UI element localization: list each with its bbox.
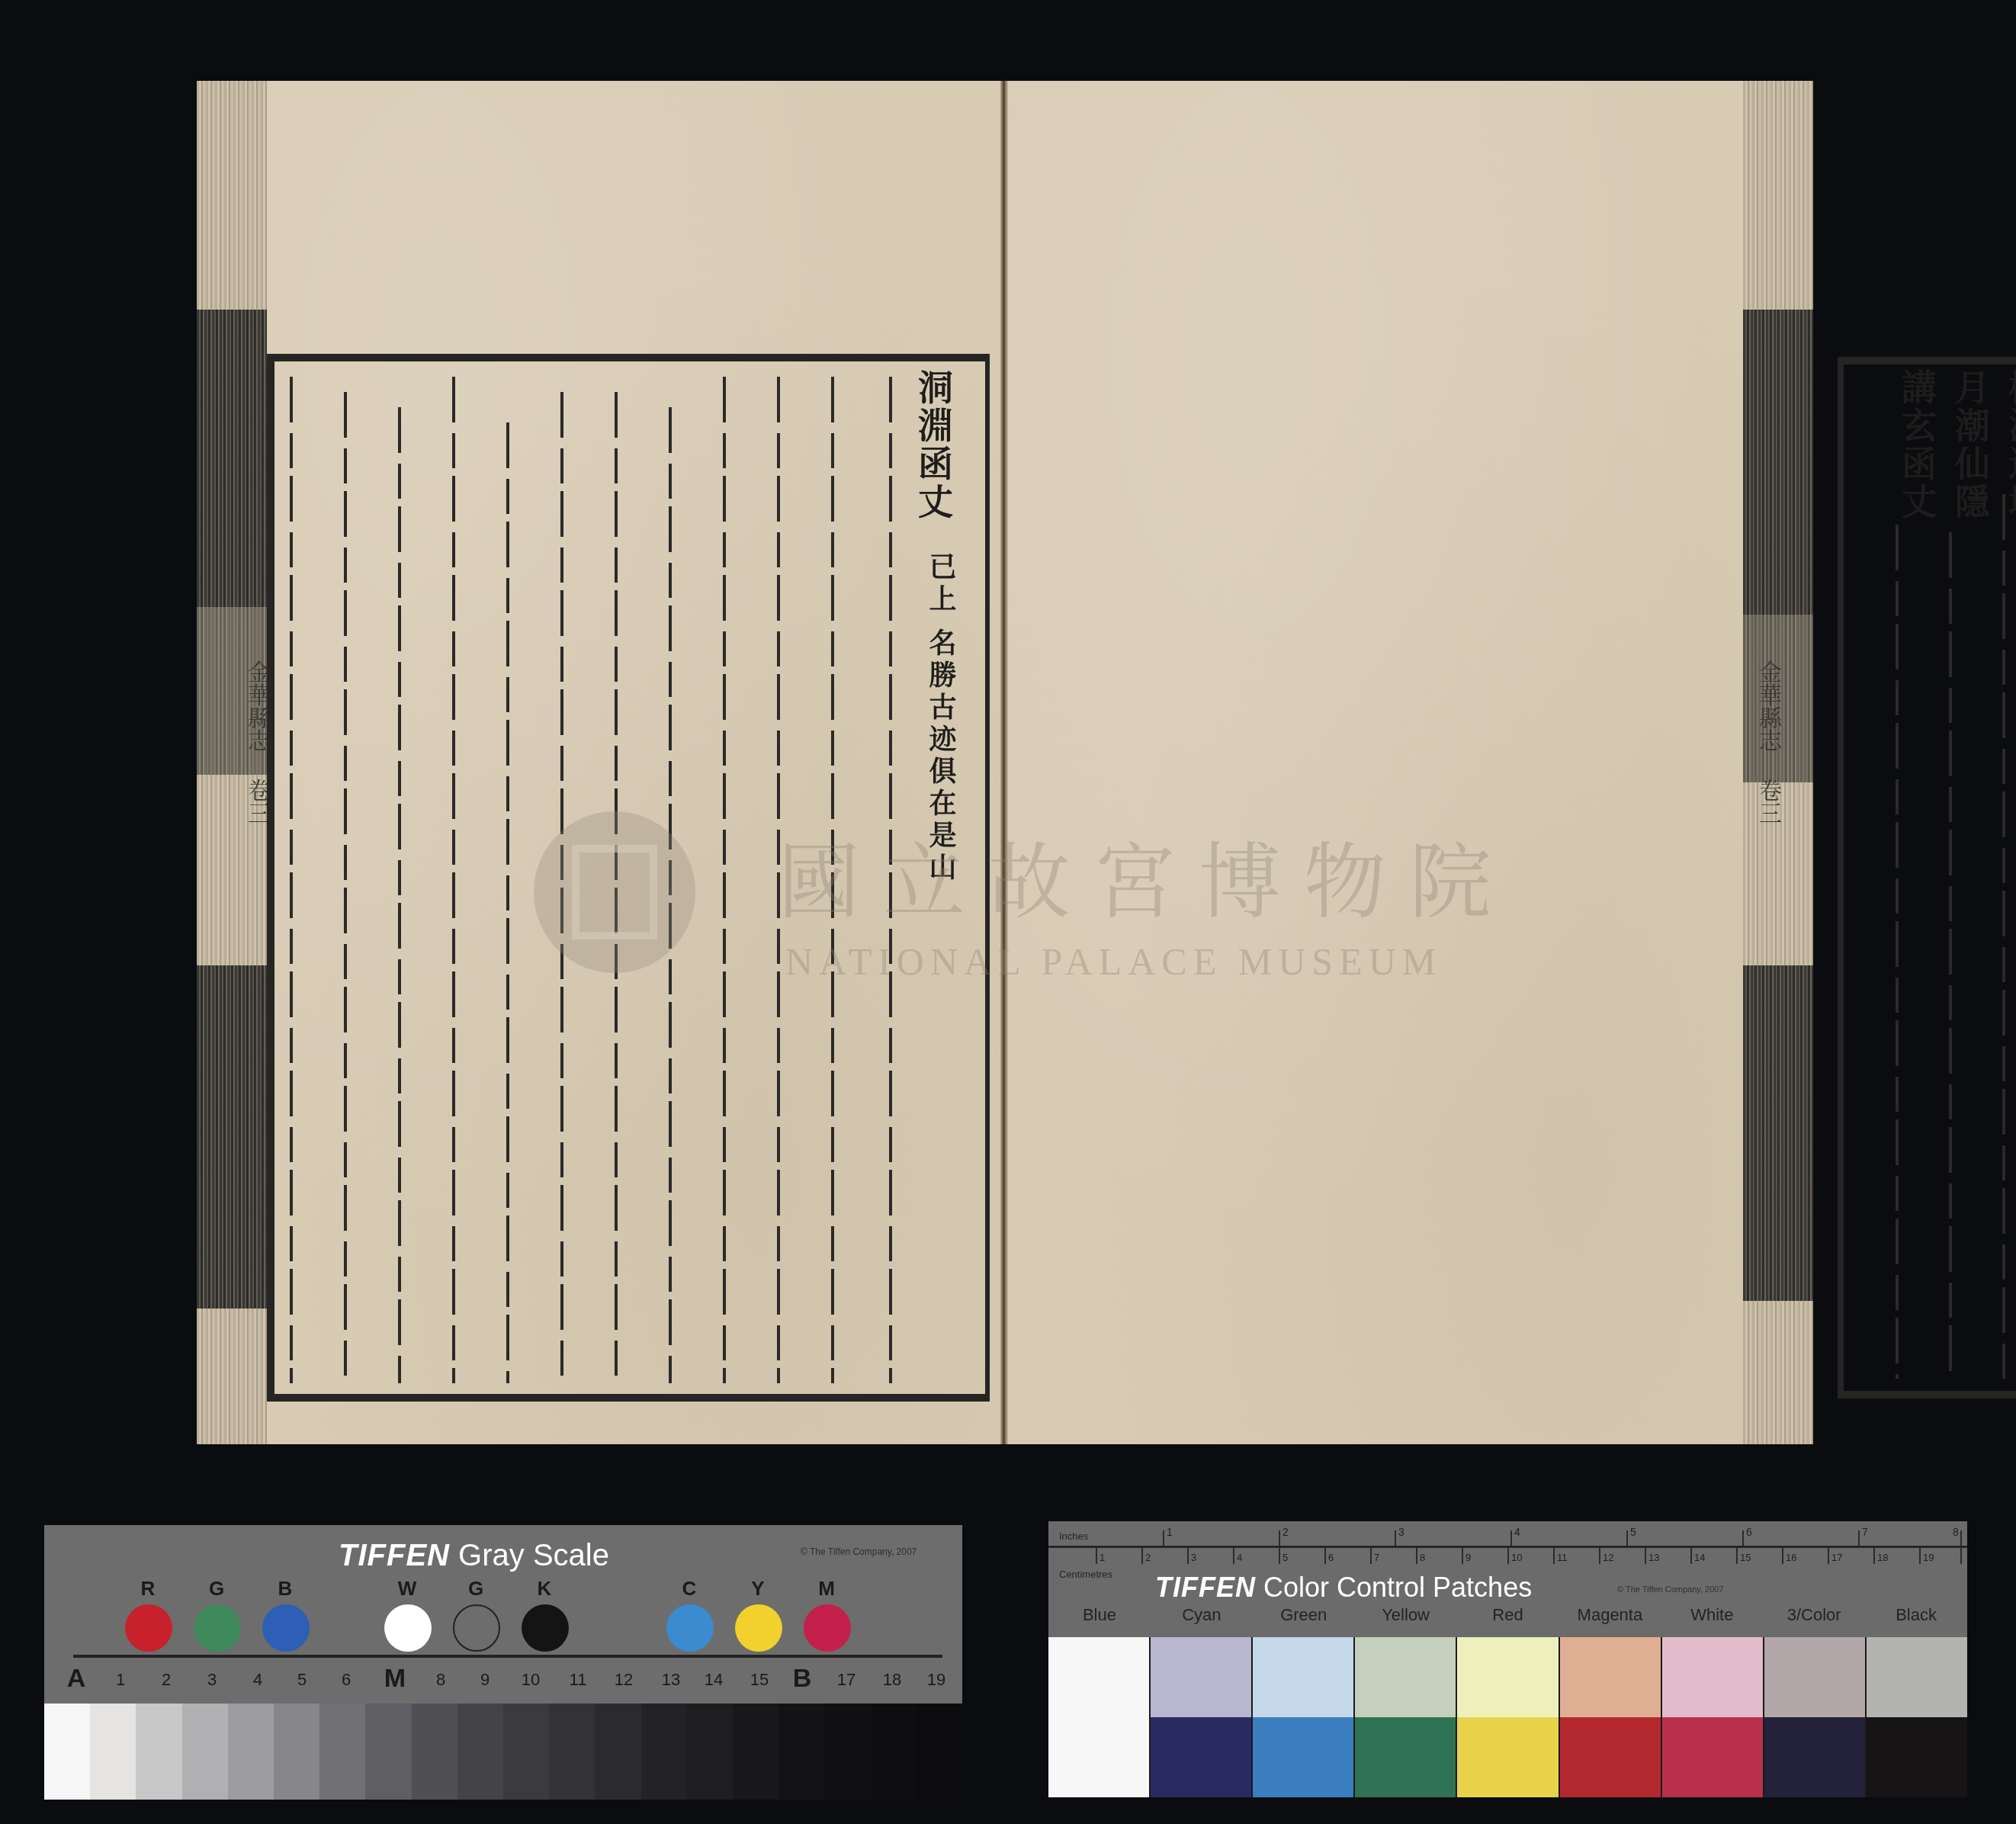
patch-cyan-dark	[1253, 1717, 1353, 1797]
gray-card-copyright: © The Tiffen Company, 2007	[801, 1546, 917, 1557]
gray-step-swatch	[44, 1704, 90, 1800]
book-gutter	[1000, 81, 1008, 1444]
dot-label-b: B	[262, 1577, 308, 1601]
gray-step-swatch	[365, 1704, 411, 1800]
patch-white	[1048, 1637, 1149, 1797]
cm-mark: 1	[1099, 1552, 1105, 1563]
gray-step-swatch	[136, 1704, 181, 1800]
gray-card-title: TIFFEN Gray Scale	[339, 1539, 609, 1573]
cm-mark: 2	[1145, 1552, 1151, 1563]
step-label: 14	[698, 1670, 729, 1690]
gray-step-swatch	[595, 1704, 640, 1800]
patch-3color-dark	[1764, 1717, 1865, 1797]
cm-mark: 3	[1191, 1552, 1196, 1563]
color-patch-grid	[1048, 1637, 1967, 1797]
step-label: 2	[151, 1670, 181, 1690]
step-label: 18	[877, 1670, 907, 1690]
column-rule	[290, 377, 293, 1383]
entry-column: 桃源道域	[2002, 369, 2016, 522]
column-rule	[452, 377, 455, 1383]
right-page-frame: 紫霞觀 冲虛菴 洞雲菴 白雲菴 接待菴 月菴 雲山書院 純齋道院 洞陽精舍 洞雲…	[1838, 357, 2016, 1399]
patch-label-cyan: Cyan	[1151, 1605, 1253, 1636]
centimetres-label: Centimetres	[1059, 1569, 1112, 1580]
color-card-title: TIFFEN Color Control Patches	[1155, 1572, 1532, 1604]
cm-mark: 9	[1465, 1552, 1471, 1563]
gray-step-strip	[44, 1704, 962, 1800]
patch-label-yellow: Yellow	[1355, 1605, 1457, 1636]
gray-step-swatch	[733, 1704, 778, 1800]
magenta-dot	[804, 1604, 851, 1652]
patch-yellow-light	[1457, 1637, 1558, 1717]
entry-column: 月潮仙隱	[1949, 369, 1992, 522]
step-label: 17	[831, 1670, 862, 1690]
gray-step-swatch	[778, 1704, 824, 1800]
gray-step-swatch	[182, 1704, 228, 1800]
inch-mark: 4	[1514, 1526, 1520, 1538]
step-label: 4	[242, 1670, 273, 1690]
patch-label-3color: 3/Color	[1763, 1605, 1865, 1636]
dot-label-c: C	[666, 1577, 712, 1601]
column-rule	[506, 422, 509, 1383]
patch-label-blue: Blue	[1048, 1605, 1151, 1636]
edge-ink-block	[197, 965, 267, 1309]
right-page-stack-edge: 金華縣志 卷三	[1743, 81, 1813, 1444]
gray-step-swatch	[549, 1704, 595, 1800]
measurement-ruler: Inches 1 2 3 4 5 6 7 8 1 2 3 4 5 6 7 8 9…	[1048, 1521, 1967, 1575]
gray-dot	[453, 1604, 500, 1652]
cm-mark: 8	[1420, 1552, 1425, 1563]
gray-card-divider	[73, 1655, 942, 1658]
patch-yellow-dark	[1457, 1717, 1558, 1797]
cm-mark: 17	[1831, 1552, 1842, 1563]
gray-step-swatch	[641, 1704, 687, 1800]
gray-step-swatch	[457, 1704, 503, 1800]
column-rule	[1949, 532, 1952, 1379]
patch-label-black: Black	[1865, 1605, 1967, 1636]
left-page: 金華縣志 卷三 洞淵函丈 已上 名勝古迹俱在是山	[197, 81, 1005, 1444]
patch-label-magenta: Magenta	[1559, 1605, 1661, 1636]
inch-mark: 5	[1630, 1526, 1636, 1538]
yellow-dot	[735, 1604, 782, 1652]
cm-mark: 18	[1877, 1552, 1888, 1563]
patch-cyan-light	[1253, 1637, 1353, 1717]
dot-label-g: G	[194, 1577, 239, 1601]
gray-step-swatch	[412, 1704, 457, 1800]
gray-step-swatch	[319, 1704, 365, 1800]
patch-blue-light	[1151, 1637, 1251, 1717]
dot-label-w: W	[384, 1577, 430, 1601]
step-label: 15	[744, 1670, 775, 1690]
gray-step-swatch	[503, 1704, 549, 1800]
column-rule	[723, 377, 726, 1383]
step-label: B	[787, 1664, 817, 1694]
watermark-english: NATIONAL PALACE MUSEUM	[785, 939, 1442, 984]
gray-step-swatch	[917, 1704, 962, 1800]
column-rule	[398, 407, 401, 1383]
patch-3color-light	[1764, 1637, 1865, 1717]
patch-label-row: Blue Cyan Green Yellow Red Magenta White…	[1048, 1605, 1967, 1636]
column-rule	[1896, 525, 1899, 1379]
left-page-stack-edge: 金華縣志 卷三	[197, 81, 267, 1444]
tiffen-color-control-card: Inches 1 2 3 4 5 6 7 8 1 2 3 4 5 6 7 8 9…	[1048, 1521, 1967, 1797]
step-label: 19	[921, 1670, 952, 1690]
step-label: 8	[425, 1670, 456, 1690]
inch-mark: 3	[1398, 1526, 1404, 1538]
cm-mark: 4	[1237, 1552, 1242, 1563]
step-label: 6	[331, 1670, 361, 1690]
step-label: 13	[656, 1670, 686, 1690]
gray-step-swatch	[824, 1704, 870, 1800]
cyan-dot	[666, 1604, 714, 1652]
cm-mark: 19	[1923, 1552, 1934, 1563]
watermark-chinese: 國立故宮博物院	[778, 816, 1514, 934]
inch-mark: 1	[1167, 1526, 1173, 1538]
gray-step-swatch	[90, 1704, 136, 1800]
white-dot	[384, 1604, 432, 1652]
patch-green-light	[1355, 1637, 1456, 1717]
cm-mark: 6	[1328, 1552, 1334, 1563]
patch-red-light	[1560, 1637, 1661, 1717]
cm-mark: 11	[1557, 1552, 1568, 1563]
title-note: 已上	[920, 552, 962, 616]
inch-mark: 7	[1862, 1526, 1868, 1538]
cm-mark: 5	[1282, 1552, 1288, 1563]
patch-magenta-light	[1662, 1637, 1763, 1717]
dot-label-m: M	[804, 1577, 849, 1601]
cm-mark: 10	[1511, 1552, 1522, 1563]
gray-card-heading: Gray Scale	[458, 1539, 609, 1572]
inch-scale	[1048, 1529, 1967, 1548]
cm-mark: 13	[1648, 1552, 1659, 1563]
patch-blue-dark	[1151, 1717, 1251, 1797]
dot-label-k: K	[522, 1577, 567, 1601]
dot-label-y: Y	[735, 1577, 781, 1601]
cm-mark: 7	[1374, 1552, 1379, 1563]
patch-black-dark	[1867, 1717, 1967, 1797]
inch-mark: 8	[1953, 1526, 1959, 1538]
patch-green-dark	[1355, 1717, 1456, 1797]
blue-dot	[262, 1604, 310, 1652]
inches-label: Inches	[1059, 1530, 1088, 1542]
edge-ink-block	[1743, 965, 1813, 1301]
step-label: 1	[105, 1670, 136, 1690]
open-book: 金華縣志 卷三 洞淵函丈 已上 名勝古迹俱在是山 金華縣志 卷三	[197, 81, 1813, 1444]
green-dot	[194, 1604, 241, 1652]
dot-label-r: R	[125, 1577, 171, 1601]
inch-mark: 2	[1282, 1526, 1289, 1538]
gray-step-swatch	[687, 1704, 733, 1800]
column-rule	[344, 392, 347, 1383]
red-dot	[125, 1604, 172, 1652]
color-card-heading: Color Control Patches	[1263, 1572, 1532, 1603]
patch-label-white: White	[1661, 1605, 1763, 1636]
step-label: 12	[608, 1670, 639, 1690]
patch-label-red: Red	[1457, 1605, 1559, 1636]
step-label: 9	[470, 1670, 500, 1690]
column-rule	[2002, 494, 2005, 1379]
tiffen-gray-scale-card: TIFFEN Gray Scale © The Tiffen Company, …	[44, 1525, 962, 1800]
step-label: M	[380, 1664, 410, 1694]
cm-mark: 14	[1694, 1552, 1705, 1563]
gray-step-swatch	[871, 1704, 917, 1800]
edge-ink-block	[197, 310, 267, 607]
patch-red-dark	[1560, 1717, 1661, 1797]
color-card-copyright: © The Tiffen Company, 2007	[1617, 1585, 1724, 1594]
step-label: 11	[563, 1670, 593, 1690]
tiffen-logo: TIFFEN	[339, 1539, 450, 1572]
tiffen-logo: TIFFEN	[1155, 1572, 1256, 1603]
cm-mark: 16	[1786, 1552, 1796, 1563]
gray-step-swatch	[274, 1704, 319, 1800]
entry-column: 講玄函丈	[1896, 369, 1938, 522]
inch-mark: 6	[1746, 1526, 1752, 1538]
step-label: 5	[287, 1670, 317, 1690]
edge-ink-block	[1743, 310, 1813, 615]
step-label: 10	[515, 1670, 546, 1690]
gray-step-swatch	[228, 1704, 274, 1800]
cm-mark: 12	[1603, 1552, 1613, 1563]
black-dot	[522, 1604, 569, 1652]
cm-mark: 15	[1740, 1552, 1751, 1563]
patch-black-light	[1867, 1637, 1967, 1717]
spine-text: 金華縣志 卷三	[1751, 660, 1784, 824]
right-page: 金華縣志 卷三 紫霞觀 冲虛菴 洞雲菴 白雲菴 接待菴 月菴 雲山書院 純齋道院…	[1005, 81, 1813, 1444]
step-label: A	[61, 1664, 91, 1694]
dot-label-gray: G	[453, 1577, 499, 1601]
step-label: 3	[197, 1670, 227, 1690]
title-column: 洞淵函丈	[912, 369, 955, 522]
museum-seal-watermark	[534, 811, 695, 973]
patch-label-green: Green	[1253, 1605, 1355, 1636]
patch-magenta-dark	[1662, 1717, 1763, 1797]
